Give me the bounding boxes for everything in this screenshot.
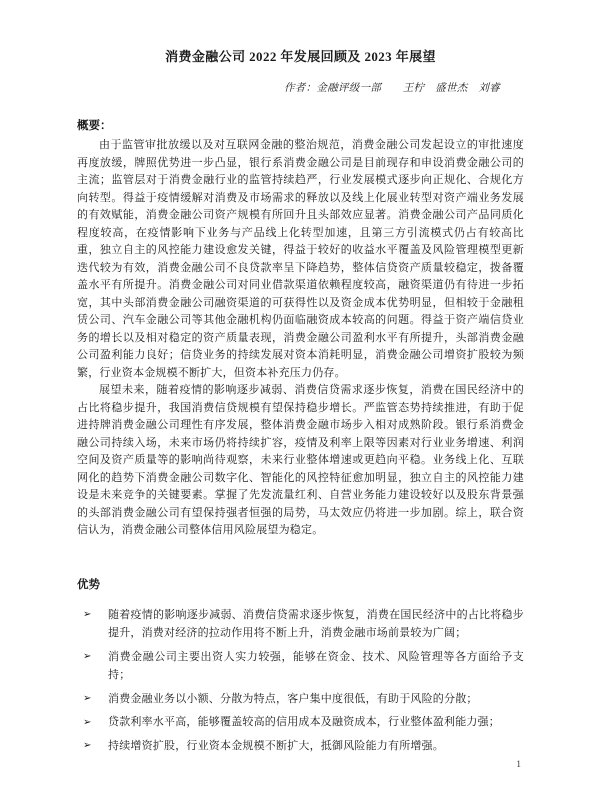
page-number: 1 bbox=[516, 760, 521, 770]
arrowhead-bullet-icon: ➢ bbox=[83, 648, 92, 667]
document-page: 消费金融公司 2022 年发展回顾及 2023 年展望 作者：金融评级一部 王柠… bbox=[0, 0, 600, 800]
document-title: 消费金融公司 2022 年发展回顾及 2023 年展望 bbox=[77, 48, 524, 66]
arrowhead-bullet-icon: ➢ bbox=[83, 606, 92, 625]
advantage-item: ➢ 消费金融公司主要出资人实力较强，能够在资金、技术、风险管理等各方面给予支持； bbox=[77, 648, 524, 685]
advantage-text: 持续增资扩股，行业资本金规模不断扩大，抵御风险能力有所增强。 bbox=[108, 740, 444, 752]
summary-heading: 概要： bbox=[77, 117, 524, 133]
summary-paragraph-1: 由于监管审批放缓以及对互联网金融的整治规范，消费金融公司发起设立的审批速度再度放… bbox=[77, 137, 524, 382]
summary-paragraph-2: 展望未来，随着疫情的影响逐步减弱、消费信贷需求逐步恢复，消费在国民经济中的占比将… bbox=[77, 382, 524, 540]
author-line: 作者：金融评级一部 王柠 盛世杰 刘睿 bbox=[77, 80, 524, 95]
advantage-item: ➢ 贷款利率水平高，能够覆盖较高的信用成本及融资成本，行业整体盈利能力强； bbox=[77, 713, 524, 732]
advantages-heading: 优势 bbox=[77, 576, 524, 592]
advantage-item: ➢ 消费金融业务以小额、分散为特点，客户集中度很低，有助于风险的分散； bbox=[77, 690, 524, 709]
advantage-text: 随着疫情的影响逐步减弱、消费信贷需求逐步恢复，消费在国民经济中的占比将稳步提升，… bbox=[108, 609, 524, 640]
advantage-text: 消费金融公司主要出资人实力较强，能够在资金、技术、风险管理等各方面给予支持； bbox=[108, 651, 524, 682]
advantage-text: 消费金融业务以小额、分散为特点，客户集中度很低，有助于风险的分散； bbox=[108, 693, 478, 705]
document-content: 消费金融公司 2022 年发展回顾及 2023 年展望 作者：金融评级一部 王柠… bbox=[77, 48, 524, 760]
arrowhead-bullet-icon: ➢ bbox=[83, 714, 92, 733]
arrowhead-bullet-icon: ➢ bbox=[83, 737, 92, 756]
advantage-item: ➢ 持续增资扩股，行业资本金规模不断扩大，抵御风险能力有所增强。 bbox=[77, 737, 524, 756]
advantage-item: ➢ 随着疫情的影响逐步减弱、消费信贷需求逐步恢复，消费在国民经济中的占比将稳步提… bbox=[77, 606, 524, 643]
arrowhead-bullet-icon: ➢ bbox=[83, 690, 92, 709]
advantage-text: 贷款利率水平高，能够覆盖较高的信用成本及融资成本，行业整体盈利能力强； bbox=[108, 716, 500, 728]
